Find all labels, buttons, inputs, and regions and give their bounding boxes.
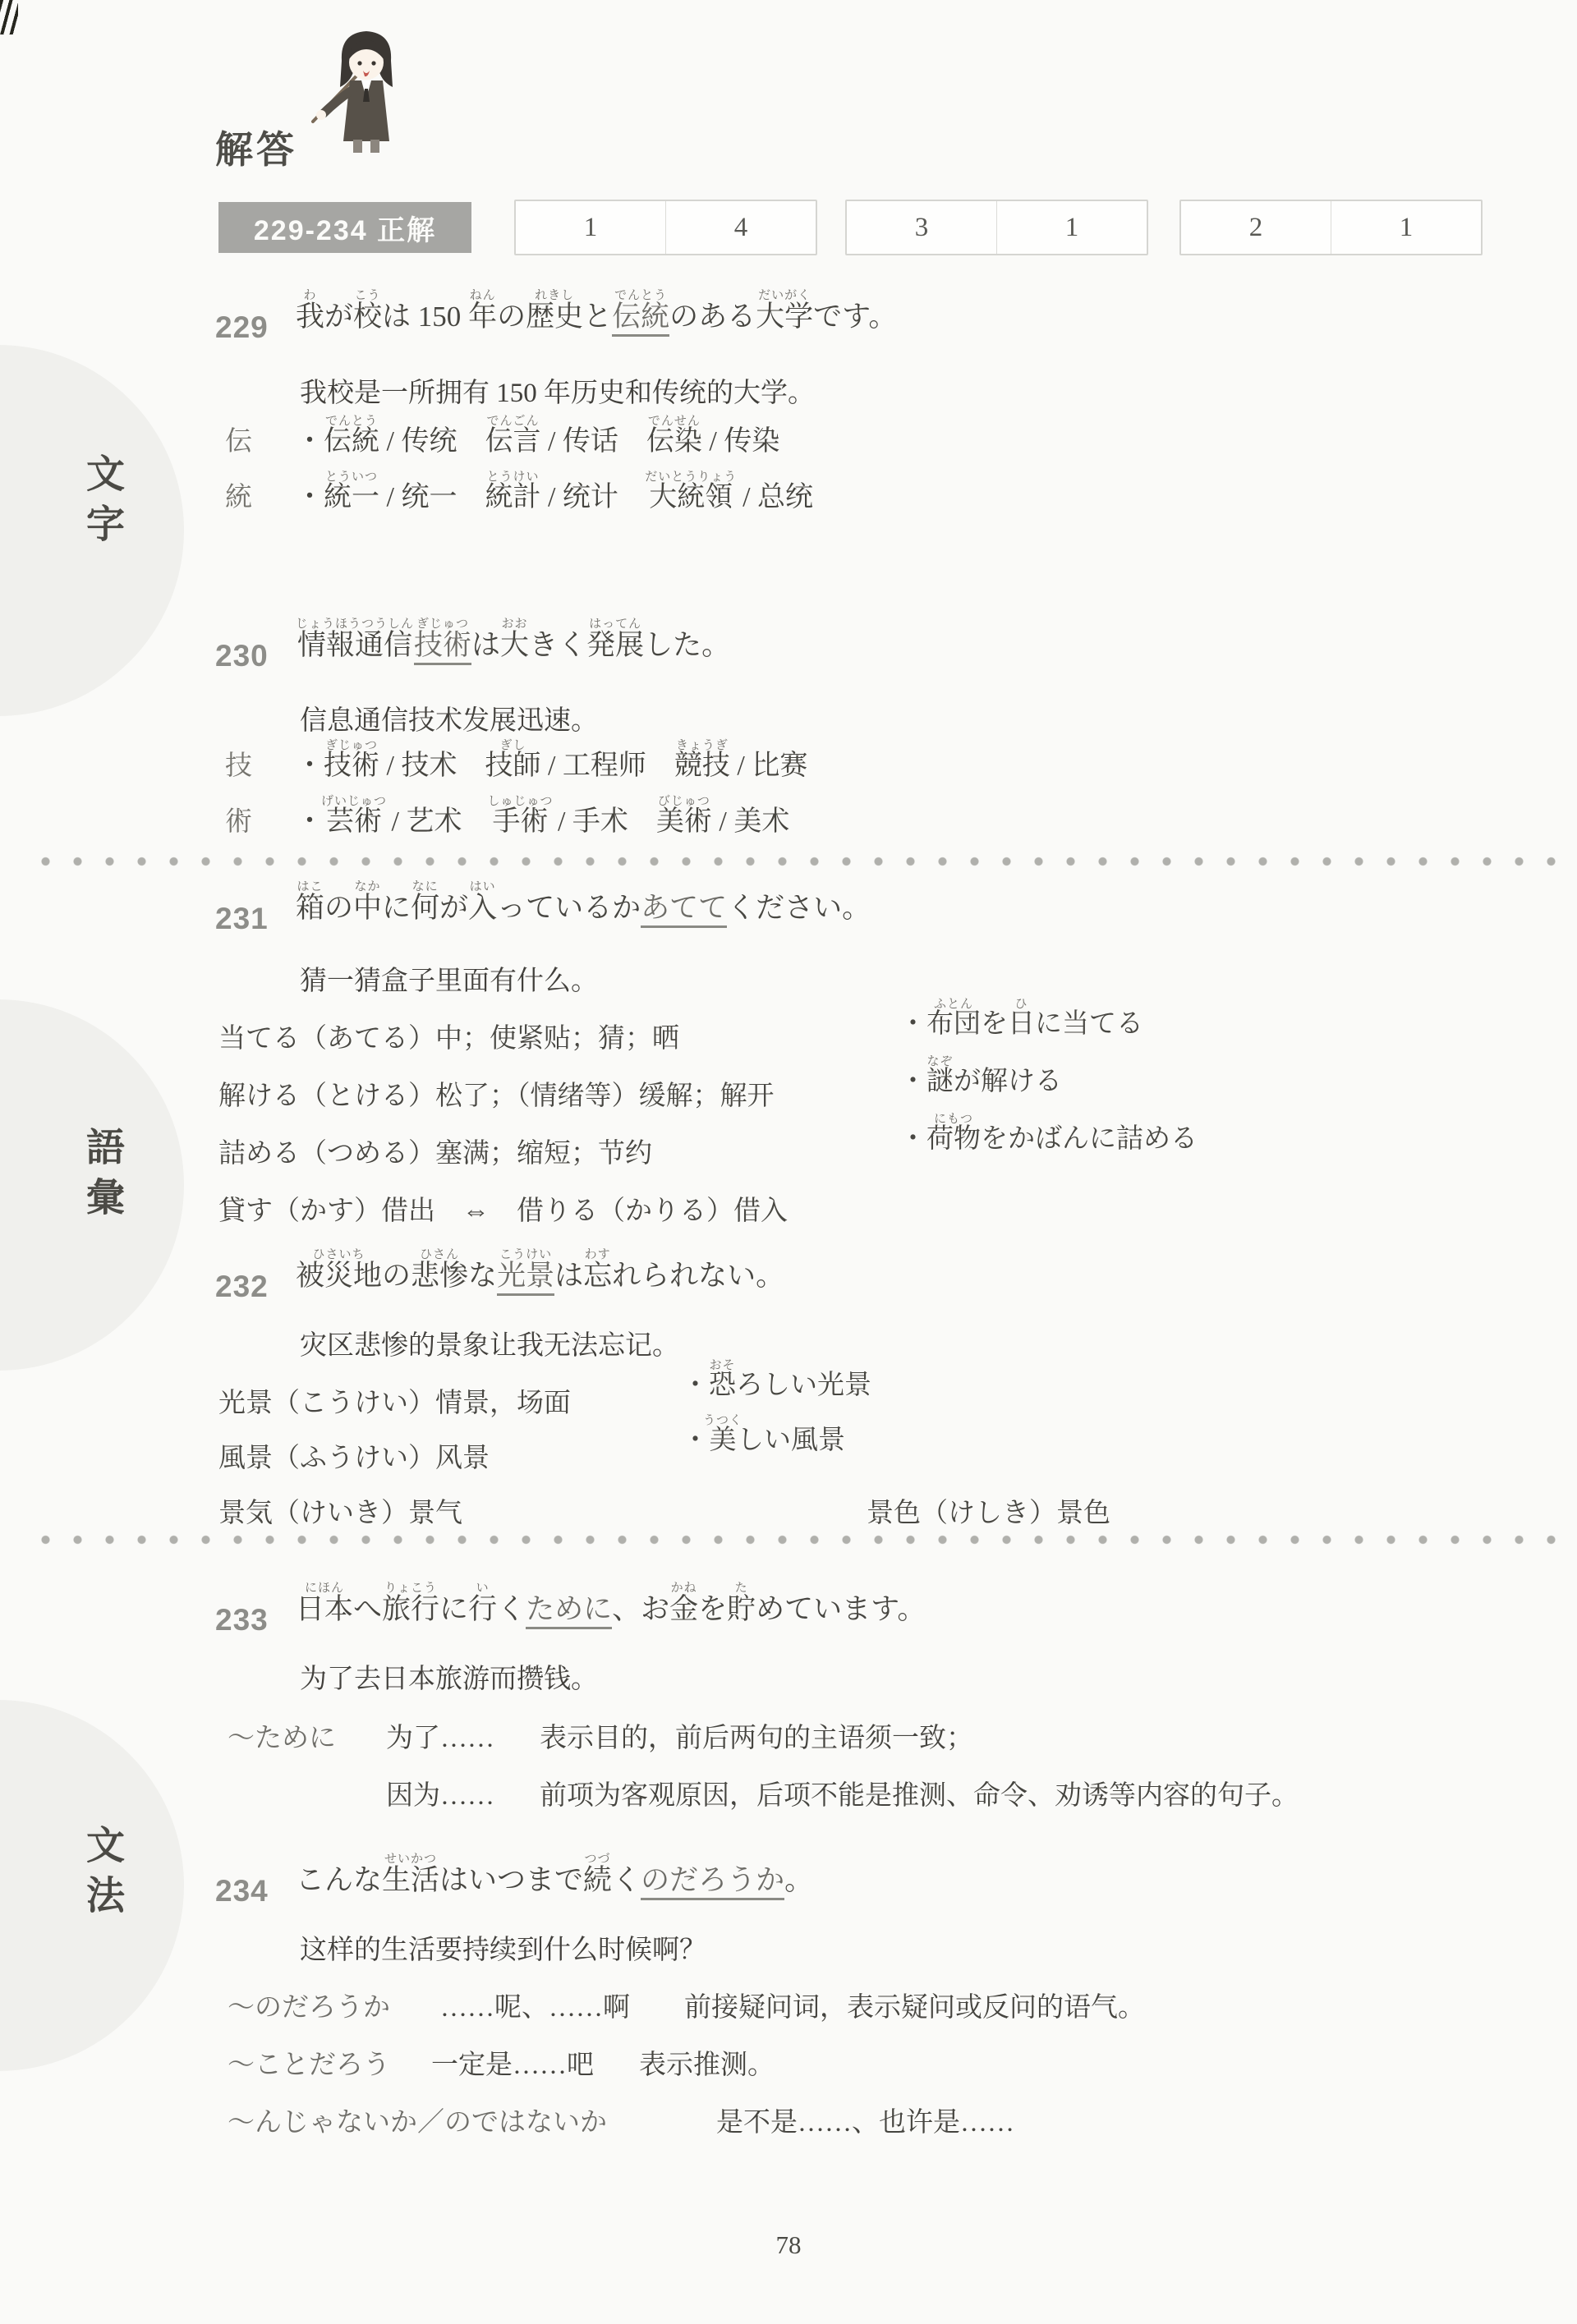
kanji-row: 伝 ・伝統でんとう / 传统 伝言でんごん / 传话 伝染でんせん / 传染 [225, 415, 779, 458]
grammar-gloss: 为了…… [386, 1716, 494, 1755]
answer-cell: 4 [665, 201, 816, 254]
kanji-row: 統 ・統一とういつ / 统一 統計とうけい / 统计 大統領だいとうりょう / … [225, 471, 813, 514]
section-label-bunpou: 文法 [76, 1825, 131, 1925]
grammar-gloss: 一定是……吧 [431, 2043, 594, 2082]
kanji-head: 伝 [225, 420, 296, 458]
grammar-desc: 前项为客观原因，后项不能是推测、命令、劝诱等内容的句子。 [540, 1774, 1299, 1812]
kanji-head: 技 [225, 744, 296, 783]
grammar-desc: 前接疑问词，表示疑问或反问的语气。 [684, 1986, 1145, 2024]
question-number: 230 [215, 639, 269, 673]
translation-cn: 我校是一所拥有 150 年历史和传统的大学。 [300, 371, 815, 410]
kanji-examples: ・伝統でんとう / 传统 伝言でんごん / 传话 伝染でんせん / 传染 [296, 415, 779, 458]
grammar-desc: 表示目的，前后两句的主语须一致； [540, 1716, 973, 1755]
kanji-examples: ・芸術げいじゅつ / 艺术 手術しゅじゅつ / 手术 美術びじゅつ / 美术 [296, 795, 789, 838]
translation-cn: 信息通信技术发展迅速。 [300, 699, 598, 737]
usage-example: ・荷物にもつをかばんに詰める [899, 1113, 1198, 1155]
translation-cn: 为了去日本旅游而攒钱。 [300, 1657, 598, 1696]
answer-cell: 1 [516, 201, 665, 254]
usage-example: ・謎なぞが解ける [899, 1055, 1062, 1098]
grammar-term: ～のだろうか [228, 1986, 390, 2024]
page-title: 解答 [215, 120, 297, 174]
grammar-term: ～ために [228, 1716, 336, 1755]
answer-cell-group: 3 1 [845, 200, 1148, 255]
usage-example: ・恐おそろしい光景 [682, 1359, 871, 1402]
vocab-entry: 詰める（つめる）塞满；缩短；节约 [218, 1132, 652, 1170]
translation-cn: 猜一猜盒子里面有什么。 [300, 959, 598, 998]
kanji-row: 術 ・芸術げいじゅつ / 艺术 手術しゅじゅつ / 手术 美術びじゅつ / 美术 [225, 795, 789, 838]
answer-cell: 3 [847, 201, 996, 254]
question-number: 229 [215, 310, 269, 345]
grammar-gloss: ……呢、……啊 [440, 1986, 630, 2024]
vocab-entry: 景気（けいき）景气 [218, 1491, 462, 1530]
dotted-divider [30, 856, 1574, 867]
scanned-textbook-page: 文字 語彙 文法 解答 229-234 正解 1 4 3 1 2 1 229 我… [0, 0, 1577, 2324]
answer-cell-group: 1 4 [514, 200, 817, 255]
question-sentence-jp: 我わが校こうは 150 年ねんの歴史れきしと伝統でんとうのある大学だいがくです。 [296, 289, 897, 335]
grammar-term: ～ことだろう [228, 2043, 390, 2082]
teacher-girl-illustration [309, 25, 417, 156]
vocab-entry: 貸す（かす）借出 ⇔ 借りる（かりる）借入 [218, 1189, 788, 1228]
kanji-examples: ・統一とういつ / 统一 統計とうけい / 统计 大統領だいとうりょう / 总统 [296, 471, 813, 514]
section-label-moji: 文字 [76, 453, 131, 553]
vocab-entry: 解ける（とける）松了；（情绪等）缓解；解开 [218, 1074, 775, 1113]
question-number: 231 [215, 902, 269, 936]
question-sentence-jp: こんな生活せいかつはいつまで続つづくのだろうか。 [296, 1853, 813, 1899]
question-sentence-jp: 被災地ひさいちの悲惨ひさんな光景こうけいは忘わすれられない。 [296, 1248, 784, 1294]
answer-cell: 1 [1331, 201, 1481, 254]
question-number: 234 [215, 1874, 269, 1908]
question-number: 233 [215, 1603, 269, 1637]
section-label-goi: 語彙 [76, 1127, 131, 1227]
kanji-head: 術 [225, 800, 296, 838]
vocab-entry: 光景（こうけい）情景，场面 [218, 1381, 571, 1420]
answer-cell: 2 [1181, 201, 1331, 254]
question-number: 232 [215, 1270, 269, 1304]
vocab-entry: 当てる（あてる）中；使紧贴；猜；晒 [218, 1017, 679, 1055]
question-sentence-jp: 箱はこの中なかに何なにが入はいっているかあててください。 [296, 880, 871, 926]
vocab-entry: 風景（ふうけい）风景 [218, 1436, 490, 1475]
grammar-desc: 表示推测。 [639, 2043, 775, 2082]
translation-cn: 灾区悲惨的景象让我无法忘记。 [300, 1324, 679, 1362]
scan-corner-mark [0, 0, 18, 34]
answer-range-label: 229-234 正解 [218, 202, 471, 253]
kanji-head: 統 [225, 475, 296, 514]
grammar-gloss: 因为…… [386, 1774, 494, 1812]
question-sentence-jp: 日本にほんへ旅行りょこうに行いくために、お金かねを貯ためています。 [296, 1582, 926, 1628]
kanji-row: 技 ・技術ぎじゅつ / 技术 技師ぎし / 工程师 競技きょうぎ / 比赛 [225, 739, 807, 783]
question-sentence-jp: 情報通信じょうほうつうしん技術ぎじゅつは大おおきく発展はってんした。 [296, 618, 730, 664]
usage-example: ・布団ふとんを日ひに当てる [899, 998, 1143, 1040]
grammar-gloss: 是不是……、也许是…… [716, 2101, 1014, 2139]
usage-example: ・美うつくしい風景 [682, 1414, 845, 1457]
vocab-entry: 景色（けしき）景色 [867, 1491, 1110, 1530]
answer-cell-group: 2 1 [1179, 200, 1483, 255]
dotted-divider [30, 1534, 1574, 1546]
kanji-examples: ・技術ぎじゅつ / 技术 技師ぎし / 工程师 競技きょうぎ / 比赛 [296, 739, 807, 783]
page-number: 78 [0, 2230, 1577, 2260]
grammar-term: ～んじゃないか／のではないか [228, 2101, 607, 2139]
translation-cn: 这样的生活要持续到什么时候啊？ [300, 1928, 706, 1967]
answer-cell: 1 [996, 201, 1147, 254]
